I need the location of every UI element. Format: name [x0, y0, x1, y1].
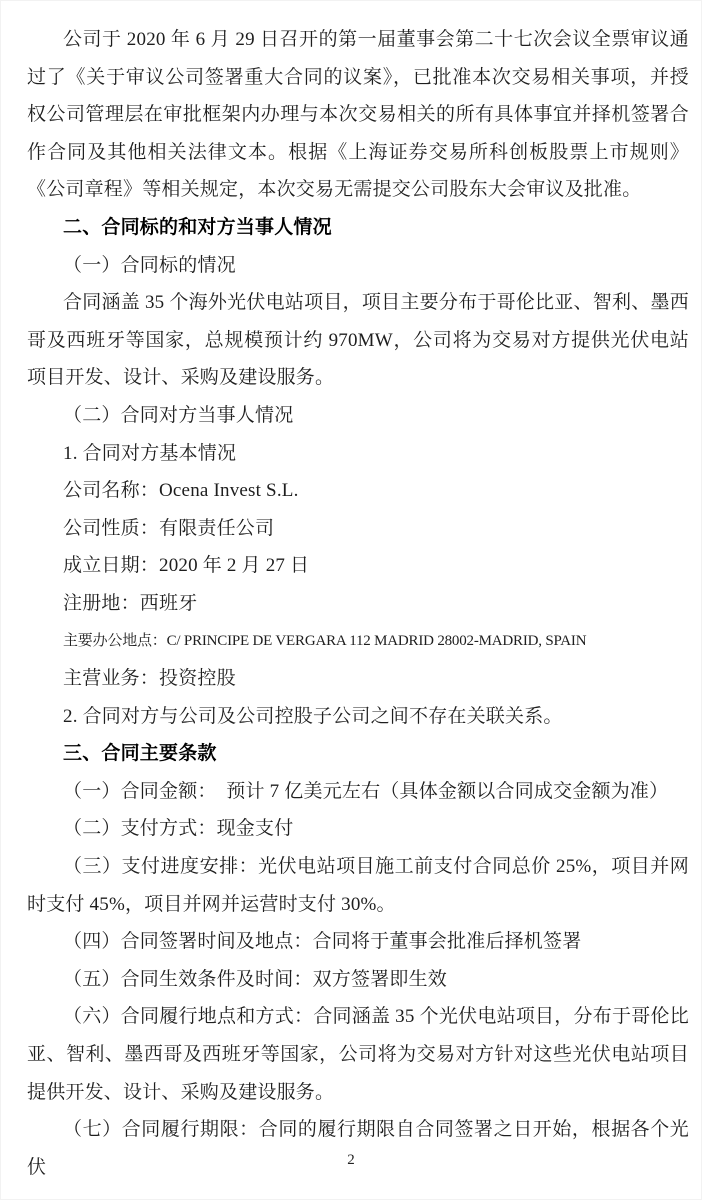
paragraph: （一）合同金额： 预计 7 亿美元左右（具体金额以合同成交金额为准） [27, 773, 689, 811]
paragraph: 主营业务：投资控股 [27, 660, 689, 698]
paragraph: （二）合同对方当事人情况 [27, 397, 689, 435]
paragraph: 1. 合同对方基本情况 [27, 435, 689, 473]
paragraph: 公司性质：有限责任公司 [27, 510, 689, 548]
paragraph: 公司于 2020 年 6 月 29 日召开的第一届董事会第二十七次会议全票审议通… [27, 21, 689, 209]
paragraph: 注册地：西班牙 [27, 585, 689, 623]
paragraph: 主要办公地点：C/ PRINCIPE DE VERGARA 112 MADRID… [27, 623, 689, 661]
paragraph: （七）合同履行期限：合同的履行期限自合同签署之日开始，根据各个光伏 [27, 1111, 689, 1186]
document-page: 公司于 2020 年 6 月 29 日召开的第一届董事会第二十七次会议全票审议通… [0, 0, 702, 1200]
section-heading: 二、合同标的和对方当事人情况 [27, 209, 689, 247]
paragraph: （四）合同签署时间及地点：合同将于董事会批准后择机签署 [27, 923, 689, 961]
section-heading: 三、合同主要条款 [27, 735, 689, 773]
document-body: 公司于 2020 年 6 月 29 日召开的第一届董事会第二十七次会议全票审议通… [27, 21, 689, 1186]
paragraph: （一）合同标的情况 [27, 247, 689, 285]
paragraph: 2. 合同对方与公司及公司控股子公司之间不存在关联关系。 [27, 698, 689, 736]
paragraph: 成立日期：2020 年 2 月 27 日 [27, 547, 689, 585]
paragraph: （六）合同履行地点和方式：合同涵盖 35 个光伏电站项目，分布于哥伦比亚、智利、… [27, 998, 689, 1111]
paragraph: 公司名称：Ocena Invest S.L. [27, 472, 689, 510]
page-number: 2 [0, 1152, 702, 1169]
paragraph: （二）支付方式：现金支付 [27, 810, 689, 848]
paragraph: 合同涵盖 35 个海外光伏电站项目，项目主要分布于哥伦比亚、智利、墨西哥及西班牙… [27, 284, 689, 397]
paragraph: （三）支付进度安排：光伏电站项目施工前支付合同总价 25%，项目并网时支付 45… [27, 848, 689, 923]
paragraph: （五）合同生效条件及时间：双方签署即生效 [27, 961, 689, 999]
